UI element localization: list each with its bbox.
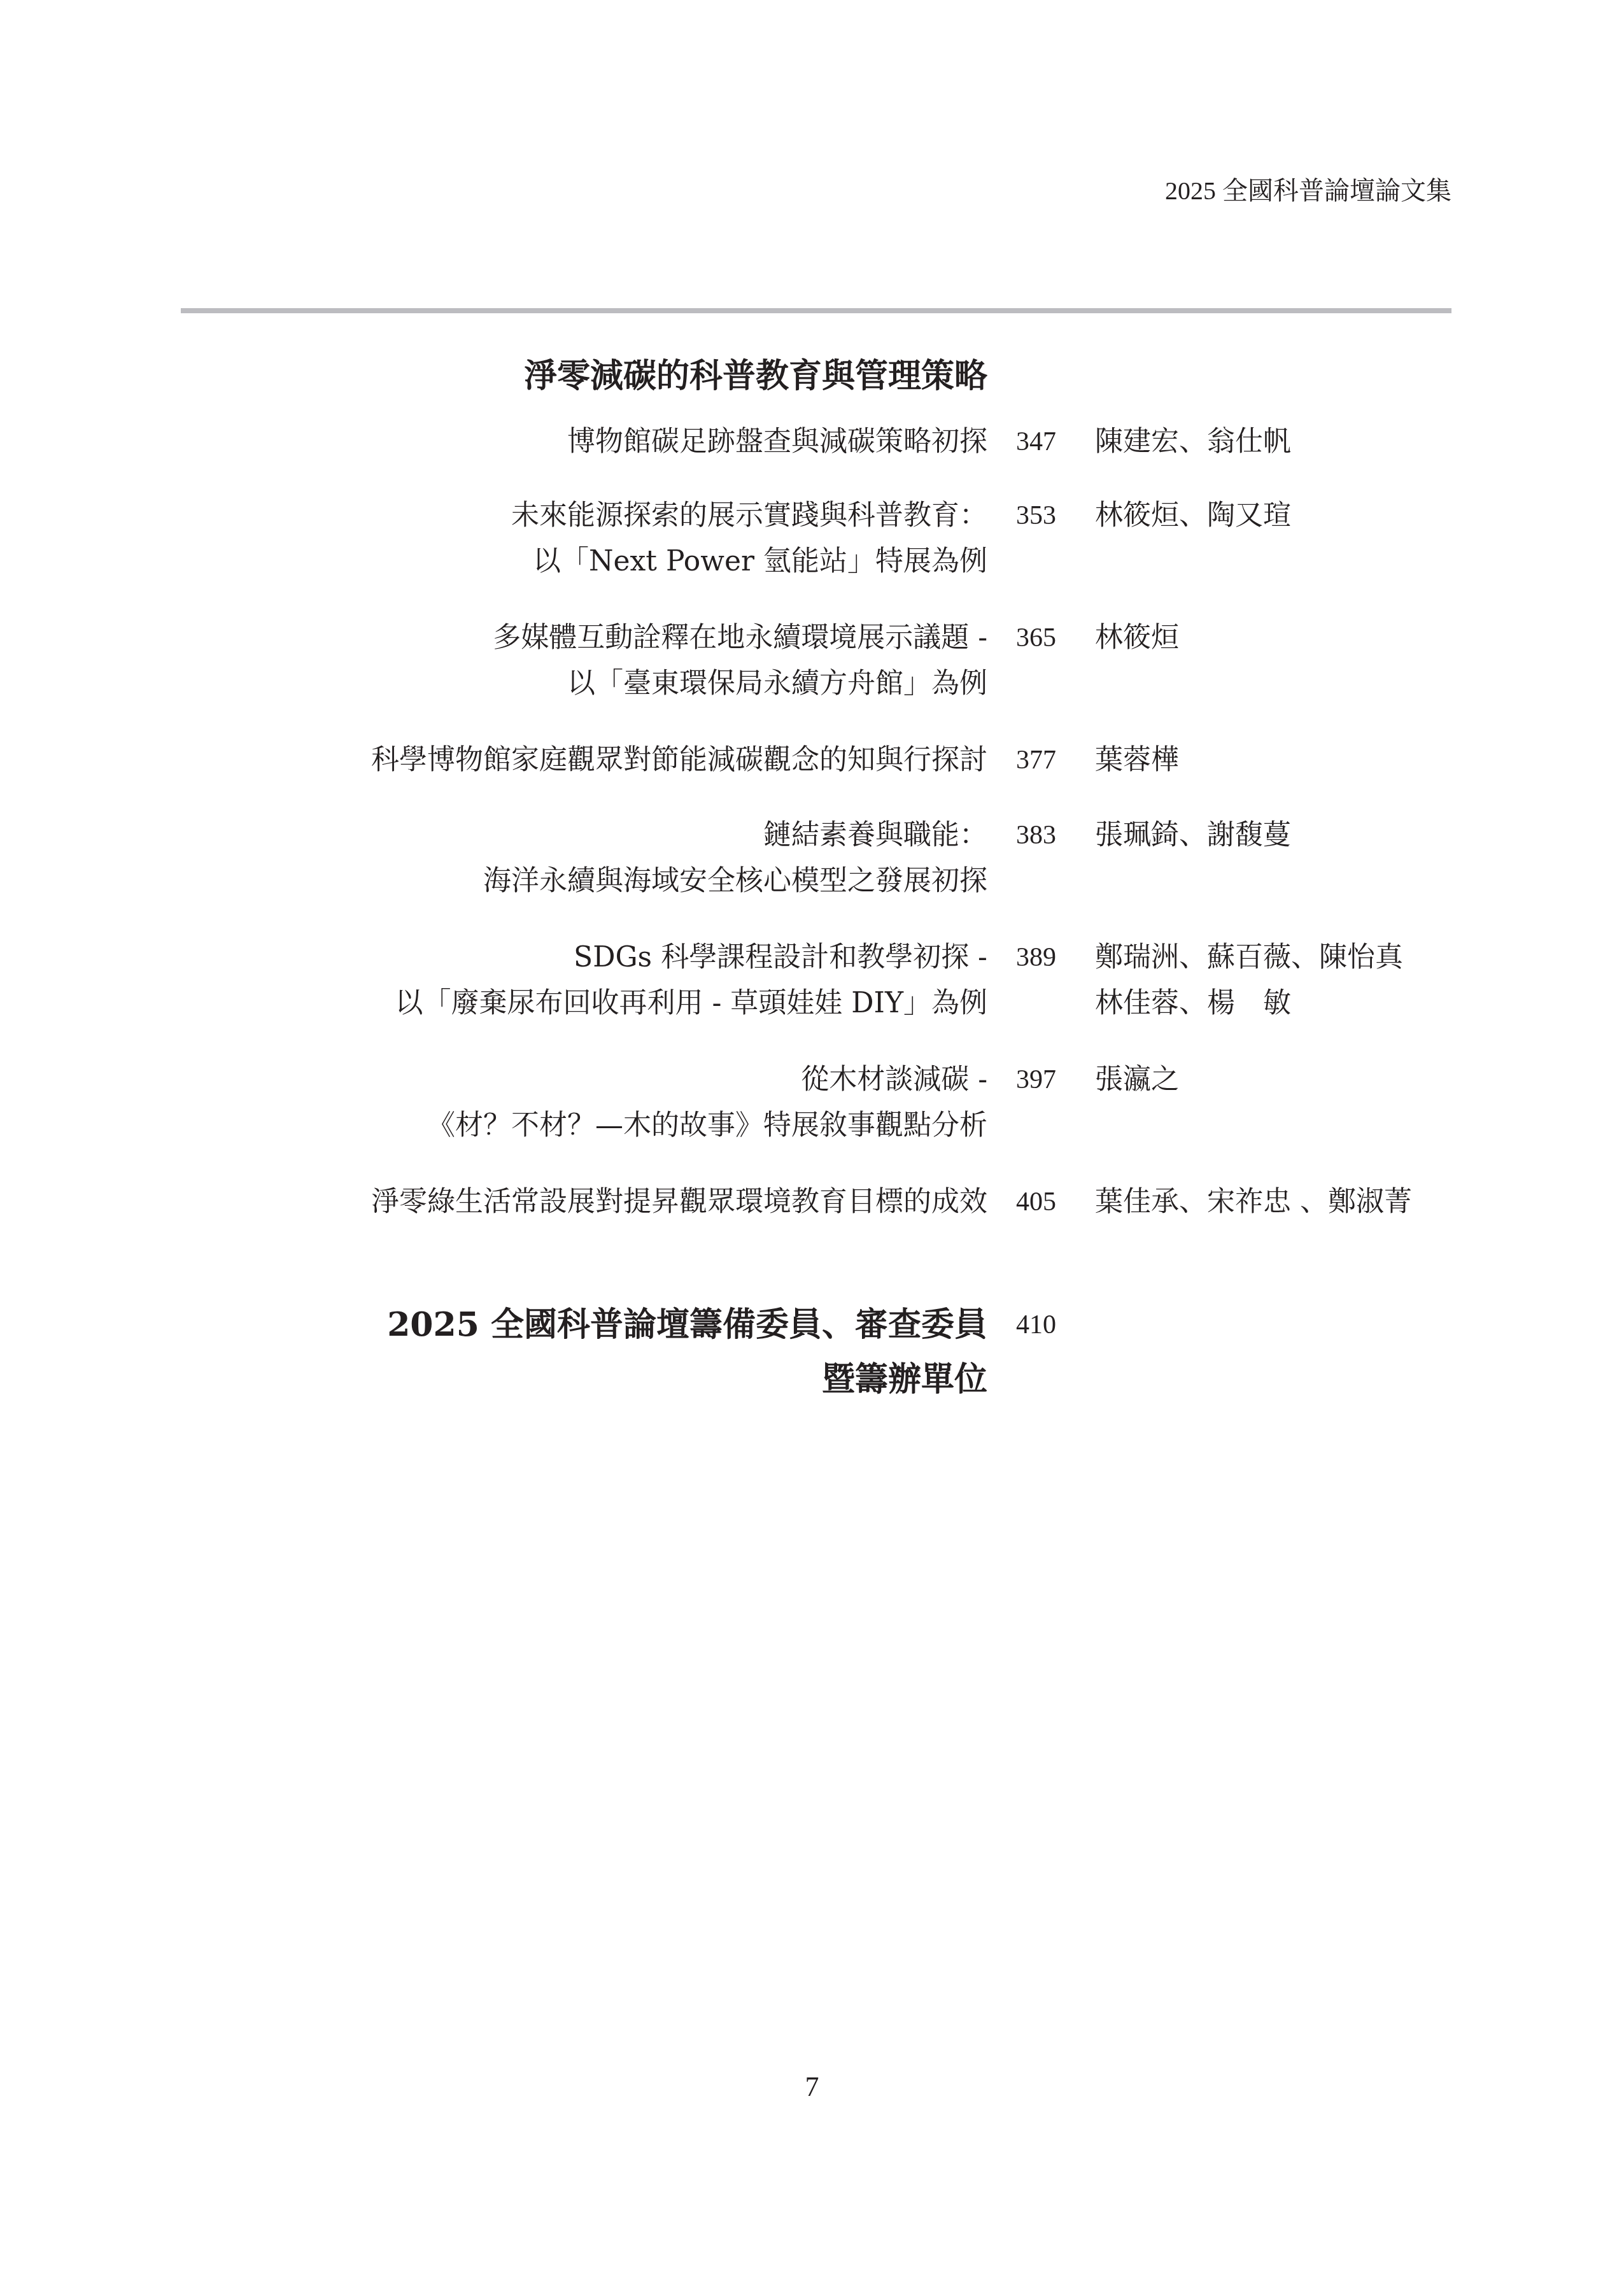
entry-title-line: 多媒體互動詮釋在地永續環境展示議題 -: [493, 615, 987, 661]
toc-entry-committee[interactable]: 2025 全國科普論壇籌備委員、審查委員 暨籌辦單位 410: [0, 1298, 1624, 1412]
entry-title: 淨零綠生活常設展對提昇觀眾環境教育目標的成效: [371, 1179, 987, 1225]
committee-title-line: 暨籌辦單位: [387, 1352, 987, 1407]
toc-entry[interactable]: 博物館碳足跡盤查與減碳策略初探 347 陳建宏、翁仕帆: [0, 419, 1624, 493]
entry-author-line: 張瀛之: [1095, 1057, 1179, 1103]
entry-title-line: 未來能源探索的展示實踐與科普教育：: [511, 493, 987, 539]
entry-authors: 陳建宏、翁仕帆: [1095, 419, 1291, 465]
entry-authors: 鄭瑞洲、蘇百薇、陳怡真 林佳蓉、楊 敏: [1095, 935, 1403, 1026]
entry-page: 347: [1016, 419, 1056, 465]
entry-authors: 林筱烜、陶又瑄: [1095, 493, 1291, 539]
toc-entry[interactable]: 多媒體互動詮釋在地永續環境展示議題 - 以「臺東環保局永續方舟館」為例 365 …: [0, 615, 1624, 737]
entry-page: 389: [1016, 935, 1056, 980]
entry-page: 383: [1016, 812, 1056, 858]
entry-title: 從木材談減碳 - 《材？不材？—木的故事》特展敘事觀點分析: [427, 1057, 987, 1149]
entry-title: SDGs 科學課程設計和教學初探 - 以「廢棄尿布回收再利用 - 草頭娃娃 DI…: [395, 935, 987, 1026]
entry-page: 405: [1016, 1179, 1056, 1225]
entry-author-line: 林筱烜、陶又瑄: [1095, 493, 1291, 539]
committee-page: 410: [1016, 1298, 1056, 1352]
entry-title-line: 以「廢棄尿布回收再利用 - 草頭娃娃 DIY」為例: [395, 980, 987, 1026]
entry-title-line: 淨零綠生活常設展對提昇觀眾環境教育目標的成效: [371, 1179, 987, 1225]
entry-title-line: 從木材談減碳 -: [427, 1057, 987, 1103]
section-title: 淨零減碳的科普教育與管理策略: [524, 349, 987, 397]
toc-entry[interactable]: 未來能源探索的展示實踐與科普教育： 以「Next Power 氫能站」特展為例 …: [0, 493, 1624, 615]
entry-title-line: 《材？不材？—木的故事》特展敘事觀點分析: [427, 1103, 987, 1149]
entry-page: 397: [1016, 1057, 1056, 1103]
entry-author-line: 林佳蓉、楊 敏: [1095, 980, 1403, 1026]
entry-authors: 葉佳承、宋祚忠 、鄭淑菁: [1095, 1179, 1412, 1225]
header-rule: [181, 308, 1451, 313]
table-of-contents: 淨零減碳的科普教育與管理策略 博物館碳足跡盤查與減碳策略初探 347 陳建宏、翁…: [0, 349, 1624, 1412]
committee-title: 2025 全國科普論壇籌備委員、審查委員 暨籌辦單位: [387, 1298, 987, 1407]
toc-entry[interactable]: 科學博物館家庭觀眾對節能減碳觀念的知與行探討 377 葉蓉樺: [0, 737, 1624, 812]
entry-title: 博物館碳足跡盤查與減碳策略初探: [567, 419, 987, 465]
entry-title-line: 海洋永續與海域安全核心模型之發展初探: [483, 858, 987, 904]
entry-authors: 張瀛之: [1095, 1057, 1179, 1103]
entry-title-line: 鏈結素養與職能：: [483, 812, 987, 858]
entry-title: 鏈結素養與職能： 海洋永續與海域安全核心模型之發展初探: [483, 812, 987, 904]
toc-entry[interactable]: SDGs 科學課程設計和教學初探 - 以「廢棄尿布回收再利用 - 草頭娃娃 DI…: [0, 935, 1624, 1057]
entry-author-line: 張珮錡、謝馥蔓: [1095, 812, 1291, 858]
entry-title-line: 以「臺東環保局永續方舟館」為例: [493, 661, 987, 707]
entry-title-line: 博物館碳足跡盤查與減碳策略初探: [567, 419, 987, 465]
toc-entry[interactable]: 淨零綠生活常設展對提昇觀眾環境教育目標的成效 405 葉佳承、宋祚忠 、鄭淑菁: [0, 1179, 1624, 1298]
entry-title: 科學博物館家庭觀眾對節能減碳觀念的知與行探討: [371, 737, 987, 783]
entry-authors: 林筱烜: [1095, 615, 1179, 661]
entry-page: 365: [1016, 615, 1056, 661]
entry-author-line: 葉蓉樺: [1095, 737, 1179, 783]
entry-author-line: 林筱烜: [1095, 615, 1179, 661]
entry-title-line: 科學博物館家庭觀眾對節能減碳觀念的知與行探討: [371, 737, 987, 783]
page-number: 7: [0, 2070, 1624, 2103]
toc-entry[interactable]: 鏈結素養與職能： 海洋永續與海域安全核心模型之發展初探 383 張珮錡、謝馥蔓: [0, 812, 1624, 935]
entry-author-line: 陳建宏、翁仕帆: [1095, 419, 1291, 465]
entry-authors: 張珮錡、謝馥蔓: [1095, 812, 1291, 858]
entry-author-line: 葉佳承、宋祚忠 、鄭淑菁: [1095, 1179, 1412, 1225]
entry-author-line: 鄭瑞洲、蘇百薇、陳怡真: [1095, 935, 1403, 980]
toc-entry[interactable]: 從木材談減碳 - 《材？不材？—木的故事》特展敘事觀點分析 397 張瀛之: [0, 1057, 1624, 1179]
entry-page: 377: [1016, 737, 1056, 783]
committee-title-line: 2025 全國科普論壇籌備委員、審查委員: [387, 1298, 987, 1352]
entry-title-line: 以「Next Power 氫能站」特展為例: [511, 539, 987, 584]
entry-title-line: SDGs 科學課程設計和教學初探 -: [395, 935, 987, 980]
entry-title: 多媒體互動詮釋在地永續環境展示議題 - 以「臺東環保局永續方舟館」為例: [493, 615, 987, 707]
running-head: 2025 全國科普論壇論文集: [1165, 171, 1451, 207]
entry-page: 353: [1016, 493, 1056, 539]
section-heading: 淨零減碳的科普教育與管理策略: [0, 349, 1624, 419]
entry-title: 未來能源探索的展示實踐與科普教育： 以「Next Power 氫能站」特展為例: [511, 493, 987, 584]
entry-authors: 葉蓉樺: [1095, 737, 1179, 783]
